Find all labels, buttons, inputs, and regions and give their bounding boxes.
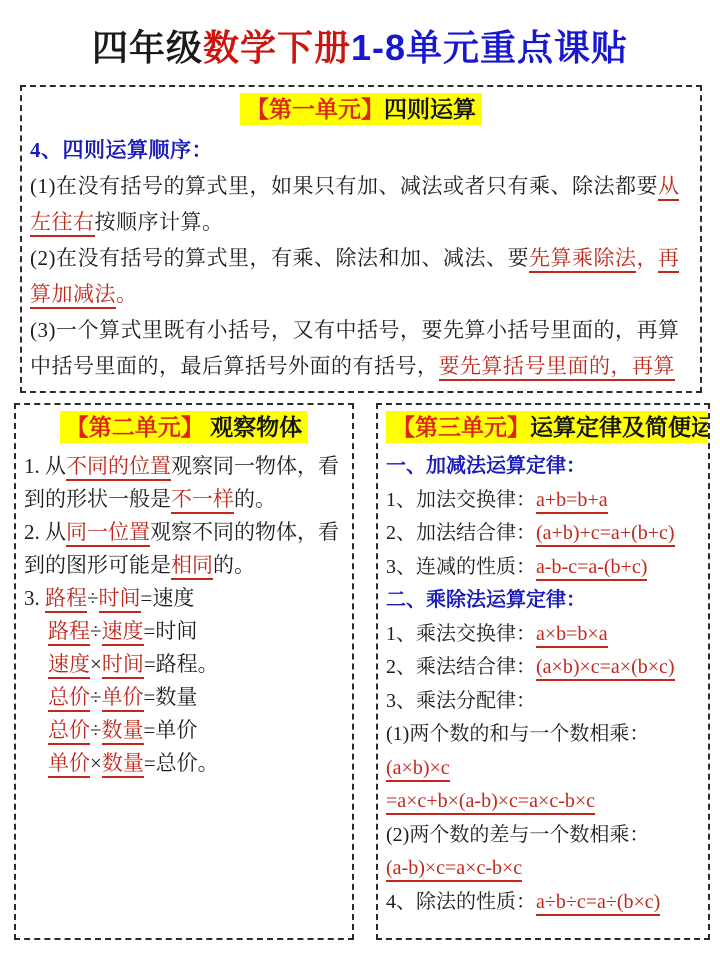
text-segment: 不一样 — [171, 487, 234, 514]
text-segment: =时间 — [144, 619, 198, 643]
unit2-line: 总价÷数量=单价 — [24, 714, 344, 747]
text-segment: 。 — [116, 282, 138, 306]
text-segment: ：括号里面的算式计算顺序遵循以上的计算顺。 — [138, 390, 590, 393]
text-segment: ÷ — [87, 586, 99, 610]
text-segment: 1、加法交换律： — [386, 489, 536, 511]
unit2-line: 单价×数量=总价。 — [24, 747, 344, 780]
text-segment: 速度 — [102, 619, 144, 646]
unit3-line: (a-b)×c=a×c-b×c — [386, 852, 700, 886]
section-unit1-header-bracket: 【第一单元】 — [246, 96, 384, 122]
text-segment: a+b=b+a — [536, 489, 608, 514]
unit3-line: 二、乘除法运算定律： — [386, 584, 700, 618]
section-unit1-header: 【第一单元】四则运算 — [30, 93, 692, 128]
unit3-line: (2)两个数的差与一个数相乘： — [386, 819, 700, 853]
text-segment: ÷ — [90, 718, 102, 742]
text-segment: 2. 从 — [24, 520, 66, 544]
text-segment: 单价 — [102, 685, 144, 712]
text-segment: 4、四则运算顺序： — [30, 138, 213, 162]
unit2-line: 3. 路程÷时间=速度 — [24, 582, 344, 615]
unit3-line: 2、乘法结合律：(a×b)×c=a×(b×c) — [386, 651, 700, 685]
text-segment: (1)在没有括号的算式里，如果只有加、减法或者只有乘、除法都要 — [30, 174, 658, 198]
text-segment: × — [90, 652, 102, 676]
text-segment: =路程。 — [144, 652, 219, 676]
text-segment: 的。 — [213, 553, 255, 577]
unit3-line: 3、乘法分配律： — [386, 685, 700, 719]
text-segment: 单价 — [48, 751, 90, 778]
section-unit1-header-title: 四则运算 — [384, 96, 476, 122]
text-segment: 4、除法的性质： — [386, 891, 536, 913]
text-segment: (a×b)×c=a×(b×c) — [536, 656, 675, 681]
text-segment: ÷ — [90, 685, 102, 709]
unit3-line: 3、连减的性质：a-b-c=a-(b+c) — [386, 551, 700, 585]
text-segment: × — [90, 751, 102, 775]
section-unit3-header-bracket: 【第三单元】 — [392, 414, 530, 440]
unit1-paragraph: (2)在没有括号的算式里，有乘、除法和加、减法、要先算乘除法，再算加减法。 — [30, 240, 692, 312]
text-segment: 二、乘除法运算定律： — [386, 589, 586, 611]
text-segment: =数量 — [144, 685, 198, 709]
unit3-line: 4、除法的性质：a÷b÷c=a÷(b×c) — [386, 886, 700, 920]
text-segment: 的。 — [234, 487, 276, 511]
page-title-units: 1-8单元重点课贴 — [351, 27, 628, 68]
text-segment: 3、连减的性质： — [386, 556, 536, 578]
text-segment: 同一位置 — [66, 520, 150, 547]
text-segment: =a×c+b×(a-b)×c=a×c-b×c — [386, 790, 595, 815]
text-segment: a-b-c=a-(b+c) — [536, 556, 647, 581]
text-segment: (a-b)×c=a×c-b×c — [386, 857, 522, 882]
section-unit1: 【第一单元】四则运算 4、四则运算顺序： (1)在没有括号的算式里，如果只有加、… — [20, 85, 702, 393]
unit2-line: 2. 从同一位置观察不同的物体，看到的图形可能是相同的。 — [24, 516, 344, 582]
text-segment: 时间 — [102, 652, 144, 679]
unit2-line: 1. 从不同的位置观察同一物体，看到的形状一般是不一样的。 — [24, 450, 344, 516]
text-segment: 数量 — [102, 751, 144, 778]
page-title-subject: 数学下册 — [203, 27, 351, 68]
section-unit2-header-highlight: 【第二单元】 观察物体 — [60, 411, 308, 443]
text-segment: 路程 — [45, 586, 87, 613]
text-segment: (2)在没有括号的算式里，有乘、除法和加、减法、要 — [30, 246, 529, 270]
text-segment: 路程 — [48, 619, 90, 646]
unit3-line: 2、加法结合律：(a+b)+c=a+(b+c) — [386, 517, 700, 551]
text-segment: (2)两个数的差与一个数相乘： — [386, 824, 649, 846]
unit3-line: (a×b)×c — [386, 752, 700, 786]
text-segment: =速度 — [141, 586, 195, 610]
section-unit3-header: 【第三单元】运算定律及简便运算 — [386, 411, 700, 446]
text-segment: 按顺序计算。 — [95, 210, 224, 234]
text-segment: (a×b)×c — [386, 757, 450, 782]
text-segment: 先算乘除法 — [529, 246, 637, 273]
text-segment: a÷b÷c=a÷(b×c) — [536, 891, 660, 916]
text-segment: a×b=b×a — [536, 623, 608, 648]
unit3-line: 1、乘法交换律：a×b=b×a — [386, 618, 700, 652]
text-segment: 速度 — [48, 652, 90, 679]
text-segment: (1)两个数的和与一个数相乘： — [386, 723, 649, 745]
text-segment: 3、乘法分配律： — [386, 690, 536, 712]
section-unit2-header-bracket: 【第二单元】 — [66, 414, 204, 440]
text-segment: 数量 — [102, 718, 144, 745]
page-title-grade: 四年级 — [92, 27, 203, 68]
text-segment: 时间 — [99, 586, 141, 613]
text-segment: 3. — [24, 586, 45, 610]
unit2-line: 总价÷单价=数量 — [24, 681, 344, 714]
text-segment: ÷ — [90, 619, 102, 643]
text-segment: 1. 从 — [24, 454, 66, 478]
page-title: 四年级数学下册1-8单元重点课贴 — [0, 20, 720, 71]
section-unit2-header: 【第二单元】 观察物体 — [24, 411, 344, 446]
text-segment: 总价 — [48, 685, 90, 712]
section-unit3: 【第三单元】运算定律及简便运算 一、加减法运算定律： 1、加法交换律：a+b=b… — [376, 403, 710, 940]
unit3-line: 1、加法交换律：a+b=b+a — [386, 484, 700, 518]
text-segment: 1、乘法交换律： — [386, 623, 536, 645]
text-segment: =单价 — [144, 718, 198, 742]
text-segment: (a+b)+c=a+(b+c) — [536, 522, 675, 547]
text-segment: 2、乘法结合律： — [386, 656, 536, 678]
unit1-paragraph: 4、四则运算顺序： — [30, 132, 692, 168]
unit3-line: =a×c+b×(a-b)×c=a×c-b×c — [386, 785, 700, 819]
text-segment: 2、加法结合律： — [386, 522, 536, 544]
text-segment: 相同 — [171, 553, 213, 580]
text-segment: ， — [636, 246, 658, 270]
section-unit3-header-highlight: 【第三单元】运算定律及简便运算 — [386, 411, 710, 443]
text-segment: =总价。 — [144, 751, 219, 775]
unit3-line: (1)两个数的和与一个数相乘： — [386, 718, 700, 752]
section-unit2-header-title: 观察物体 — [204, 414, 302, 440]
section-unit1-header-highlight: 【第一单元】四则运算 — [240, 93, 482, 125]
text-segment: 一、加减法运算定律： — [386, 455, 586, 477]
unit2-line: 速度×时间=路程。 — [24, 648, 344, 681]
text-segment: 不同的位置 — [66, 454, 171, 481]
unit2-line: 路程÷速度=时间 — [24, 615, 344, 648]
unit3-line: 一、加减法运算定律： — [386, 450, 700, 484]
unit1-paragraph: (1)在没有括号的算式里，如果只有加、减法或者只有乘、除法都要从左往右按顺序计算… — [30, 168, 692, 240]
section-unit2: 【第二单元】 观察物体 1. 从不同的位置观察同一物体，看到的形状一般是不一样的… — [14, 403, 354, 940]
unit1-paragraph: (3)一个算式里既有小括号，又有中括号，要先算小括号里面的，再算中括号里面的，最… — [30, 312, 692, 393]
text-segment: 总价 — [48, 718, 90, 745]
section-unit3-header-title: 运算定律及简便运算 — [530, 414, 710, 440]
